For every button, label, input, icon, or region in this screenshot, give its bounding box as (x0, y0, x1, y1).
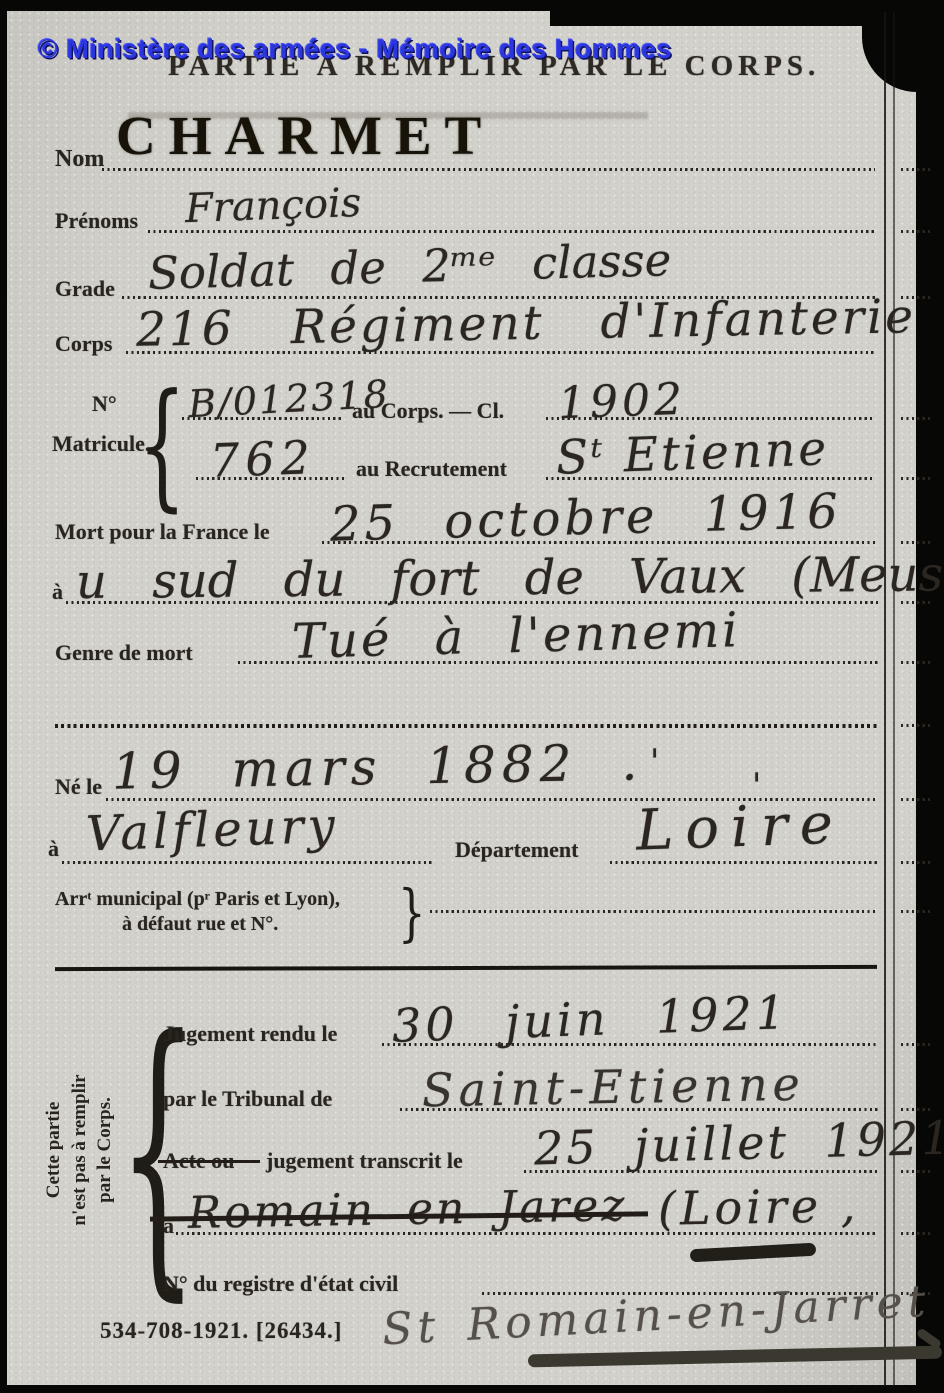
matricule-brace: { (138, 376, 186, 514)
registre-label: N° du registre d'état civil (163, 1271, 398, 1297)
sidebar-note-line: n'est pas à remplir (67, 1025, 93, 1275)
dotted-line (382, 1043, 878, 1046)
dotted-line (430, 910, 878, 913)
mort-lieu-label: à (52, 579, 63, 605)
corps-label: Corps (55, 331, 112, 357)
dotted-stub (901, 724, 931, 727)
prenoms-value: François (184, 180, 362, 232)
dotted-stub (901, 477, 931, 480)
prenoms-label: Prénoms (55, 208, 138, 234)
matricule-recrutement-mid-label: au Recrutement (356, 456, 507, 482)
dotted-stub (901, 1043, 931, 1046)
transcrit-label: jugement transcrit le (266, 1148, 463, 1174)
dotted-line (238, 661, 878, 664)
copyright-watermark: © Ministère des armées - Mémoire des Hom… (38, 34, 672, 65)
dotted-line (126, 351, 875, 354)
naissance-date-value: 19 mars 1882 . (112, 733, 644, 800)
dotted-line (400, 1108, 878, 1111)
departement-label: Département (455, 837, 578, 863)
section-separator (55, 724, 877, 728)
scan-border-left (0, 0, 7, 1393)
dotted-stub (901, 417, 931, 420)
matricule-label-1: N° (92, 391, 117, 417)
dotted-line (322, 541, 878, 544)
matricule-corps-mid-label: au Corps. — Cl. (352, 398, 504, 424)
dotted-line (182, 417, 344, 420)
nom-label: Nom (55, 146, 104, 173)
dotted-stub (901, 910, 931, 913)
grade-label: Grade (55, 276, 115, 302)
dotted-line (148, 230, 875, 233)
tribunal-label: par le Tribunal de (163, 1086, 332, 1112)
sidebar-note-line: par le Corps. (92, 1025, 118, 1275)
dotted-line (66, 601, 878, 604)
naissance-date-label: Né le (55, 774, 102, 800)
genre-mort-value: Tué à l'ennemi (291, 602, 741, 670)
dotted-stub (901, 1170, 931, 1173)
dotted-stub (901, 1232, 931, 1235)
dotted-stub (901, 861, 931, 864)
card-fold-line (893, 12, 895, 1386)
dotted-line (196, 477, 344, 480)
naissance-lieu-value: Valfleury (85, 798, 340, 863)
transcrit-lieu-suffix: (Loire , (658, 1178, 860, 1236)
imprint-reference: 534-708-1921. [26434.] (100, 1318, 342, 1344)
sidebar-note: Cette partie n'est pas à remplir par le … (41, 1025, 129, 1275)
scanned-death-record: PARTIE À REMPLIR PAR LE CORPS. © Ministè… (0, 0, 944, 1393)
departement-value: Loire (635, 791, 846, 863)
dotted-line (524, 1170, 878, 1173)
naissance-lieu-label: à (48, 836, 59, 862)
stray-mark: ' (650, 742, 659, 782)
genre-mort-label: Genre de mort (55, 640, 193, 666)
jugement-rendu-label: Jugement rendu le (163, 1021, 337, 1047)
arrondissement-label-1: Arrᵗ municipal (pʳ Paris et Lyon), (55, 888, 340, 911)
dotted-line (546, 477, 875, 480)
dotted-line (546, 417, 875, 420)
strike-line (158, 1160, 260, 1163)
dotted-line (610, 861, 878, 864)
mort-date-label: Mort pour la France le (55, 519, 270, 545)
matricule-label-2: Matricule. (52, 431, 150, 457)
sidebar-note-line: Cette partie (41, 1025, 67, 1275)
card-fold-line (884, 12, 886, 1386)
scan-border-right (916, 0, 944, 1393)
matricule-classe-value: 1902 (557, 374, 687, 429)
arrondissement-brace: } (398, 882, 426, 944)
arrondissement-label-2: à défaut rue et N°. (122, 913, 278, 936)
transcrit-value: 25 juillet 1921 (533, 1111, 944, 1176)
scan-border-bottom (0, 1385, 944, 1393)
nom-value-stamp: CHARMET (116, 104, 494, 167)
dotted-stub (901, 168, 931, 171)
dotted-stub (901, 661, 931, 664)
dotted-stub (901, 230, 931, 233)
dotted-line (62, 861, 432, 864)
dotted-line (102, 168, 875, 171)
dotted-stub (901, 541, 931, 544)
transcrit-lieu-struck-value: Romain en Jarez (188, 1180, 628, 1239)
dotted-stub (901, 798, 931, 801)
dotted-line (176, 1232, 878, 1235)
